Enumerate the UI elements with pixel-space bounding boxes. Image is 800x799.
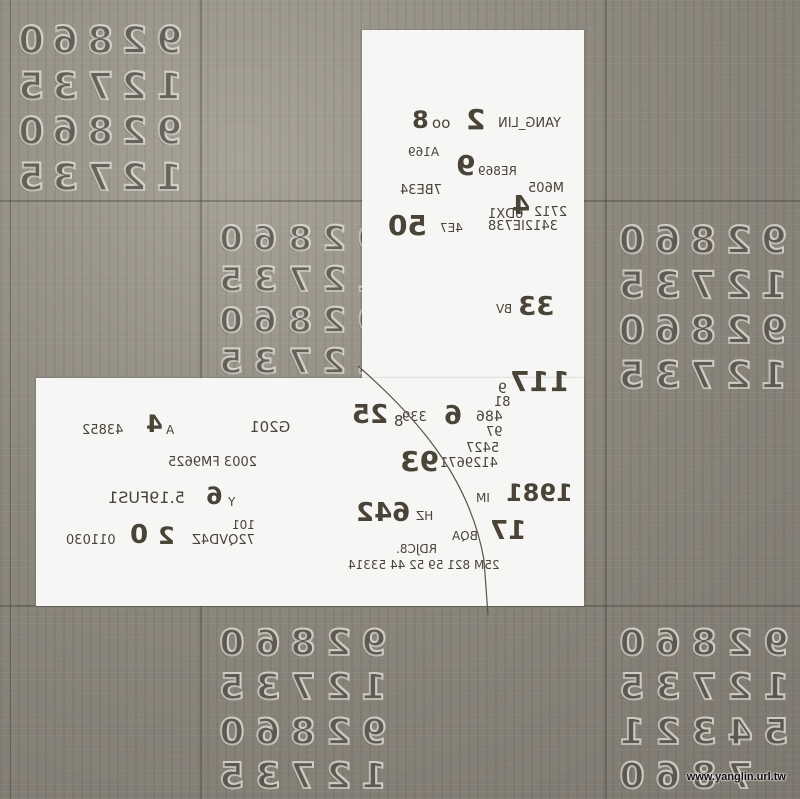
paper-text: 4 (146, 412, 163, 436)
paper-text: 5427 (466, 442, 499, 455)
stencil-digit: 8 (686, 622, 722, 666)
watermark: www.yanglin.url.tw (687, 771, 786, 783)
stencil-digit: 3 (48, 64, 82, 110)
stencil-digit: 7 (686, 666, 722, 710)
paper-text: IM (476, 492, 490, 504)
stencil-block-top-left: 06829537210682953721 (14, 18, 186, 200)
stencil-digit: 5 (614, 353, 650, 398)
stencil-digit: 8 (285, 711, 321, 755)
paper-text: 2712 (534, 206, 567, 219)
stencil-digit: 2 (721, 353, 757, 398)
paper-text: 011030 (66, 534, 116, 547)
stencil-digit: 7 (83, 155, 117, 201)
stencil-digit: 6 (650, 622, 686, 666)
stencil-digit: 6 (250, 711, 286, 755)
stencil-digit: 6 (650, 308, 686, 353)
stencil-digit: 0 (614, 622, 650, 666)
paper-text: 93 (400, 448, 439, 476)
stencil-digit: 1 (152, 64, 186, 110)
paper-text: RDJC8. (396, 543, 437, 555)
paper-text: 1 (550, 368, 569, 396)
stencil-digit: 1 (758, 666, 794, 710)
stencil-digit: 9 (152, 18, 186, 64)
stencil-digit: 7 (685, 263, 721, 308)
stencil-digit: 9 (152, 109, 186, 155)
stencil-digit: 9 (756, 218, 792, 263)
plate-seam (605, 0, 607, 799)
stencil-digit: 2 (317, 259, 351, 300)
paper-text: 72QVD4Z (192, 534, 255, 547)
paper-text: 33 (518, 294, 554, 320)
paper-text: M605 (528, 182, 564, 195)
stencil-digit: 5 (14, 64, 48, 110)
stencil-block-middle-right: 06829537210682953721 (614, 218, 792, 398)
stencil-digit: 3 (650, 353, 686, 398)
stencil-digit: 5 (758, 711, 794, 755)
stencil-digit: 3 (250, 666, 286, 710)
stencil-digit: 0 (214, 711, 250, 755)
stencil-digit: 9 (758, 622, 794, 666)
stencil-digit: 5 (614, 666, 650, 710)
stencil-digit: 2 (317, 218, 351, 259)
paper-text: 0 (130, 522, 148, 548)
stencil-digit: 6 (48, 18, 82, 64)
stencil-digit: 0 (614, 755, 650, 799)
stencil-digit: 0 (14, 109, 48, 155)
paper-text: Y (228, 496, 235, 508)
paper-text: 4E7 (440, 222, 463, 234)
paper-text: 486 (476, 410, 503, 424)
stencil-digit: 2 (321, 666, 357, 710)
paper-text: YANG_LIN (498, 117, 561, 130)
stencil-digit: 2 (721, 263, 757, 308)
paper-text: oo (432, 116, 450, 131)
stencil-digit: 7 (83, 64, 117, 110)
stencil-digit: 7 (285, 755, 321, 799)
stencil-digit: 2 (721, 218, 757, 263)
stencil-digit: 5 (14, 155, 48, 201)
stencil-digit: 0 (214, 218, 248, 259)
paper-text: HZ (416, 510, 433, 522)
stencil-digit: 3 (686, 711, 722, 755)
paper-text: 9 (456, 152, 475, 180)
stencil-digit: 3 (248, 259, 282, 300)
paper-text: 2003 FM9625 (168, 456, 257, 469)
stencil-digit: 8 (285, 622, 321, 666)
stencil-digit: 3 (650, 263, 686, 308)
paper-text: 97 (486, 426, 503, 439)
stencil-digit: 2 (722, 666, 758, 710)
stencil-digit: 1 (756, 263, 792, 308)
paper-text: 4129671 (440, 457, 498, 470)
paper-text: A (166, 424, 174, 436)
paper-text: 101 (232, 519, 255, 531)
paper-text: 8 (412, 108, 429, 132)
paper-text: 1981 (506, 481, 573, 505)
stencil-digit: 2 (721, 308, 757, 353)
paper-text: RE869 (478, 165, 517, 177)
stencil-digit: 2 (117, 155, 151, 201)
paper-text: 25 (352, 402, 388, 428)
stencil-block-middle-left: 06829537210682953721 (214, 218, 386, 382)
paper-text: 6 (206, 484, 223, 508)
stencil-digit: 1 (614, 711, 650, 755)
stencil-digit: 5 (214, 755, 250, 799)
stencil-digit: 7 (685, 353, 721, 398)
stencil-digit: 3 (248, 341, 282, 382)
stencil-digit: 1 (356, 755, 392, 799)
stencil-digit: 6 (48, 109, 82, 155)
paper-text: 81 (494, 396, 511, 409)
stencil-digit: 2 (321, 755, 357, 799)
stencil-digit: 2 (321, 622, 357, 666)
paper-text: 17 (490, 518, 526, 544)
paper-text: 17 (510, 368, 549, 396)
paper-text: A169 (408, 146, 439, 158)
stencil-digit: 8 (83, 18, 117, 64)
paper-text: 6 (444, 403, 462, 429)
stencil-digit: 9 (756, 308, 792, 353)
stencil-digit: 7 (285, 666, 321, 710)
stencil-digit: 6 (248, 218, 282, 259)
stencil-digit: 8 (83, 109, 117, 155)
paper-text: 43852 (82, 424, 123, 437)
stencil-digit: 9 (356, 711, 392, 755)
stencil-digit: 0 (214, 300, 248, 341)
paper-text: 2 (466, 106, 485, 134)
stencil-digit: 2 (321, 711, 357, 755)
stencil-digit: 5 (214, 666, 250, 710)
stencil-digit: 2 (117, 109, 151, 155)
stencil-digit: 5 (614, 263, 650, 308)
paper-text: 50 (388, 212, 427, 240)
stencil-digit: 3 (48, 155, 82, 201)
paper-text: G201 (250, 420, 290, 435)
paper-text: 642 (356, 500, 410, 526)
stencil-digit: 2 (117, 64, 151, 110)
stencil-digit: 2 (317, 300, 351, 341)
stencil-digit: 5 (214, 259, 248, 300)
stencil-digit: 2 (722, 622, 758, 666)
paper-text: 5.19FUS1 (108, 490, 185, 506)
stencil-digit: 5 (214, 341, 248, 382)
artwork-canvas: 06829537210682953721 0682953721068295372… (0, 0, 800, 799)
stencil-digit: 7 (283, 341, 317, 382)
stencil-digit: 4 (722, 711, 758, 755)
stencil-digit: 0 (614, 308, 650, 353)
paper-text: BQA (452, 530, 478, 542)
stencil-digit: 8 (283, 218, 317, 259)
paper-text: 9 (498, 382, 507, 396)
stencil-digit: 0 (14, 18, 48, 64)
stencil-digit: 2 (117, 18, 151, 64)
stencil-digit: 0 (214, 622, 250, 666)
stencil-digit: 6 (650, 218, 686, 263)
stencil-digit: 2 (317, 341, 351, 382)
stencil-digit: 8 (283, 300, 317, 341)
stencil-digit: 3 (650, 666, 686, 710)
paper-text: 339 (402, 411, 427, 424)
paper-text: 25M 821 59 52 44 53314 (348, 559, 500, 571)
stencil-digit: 8 (685, 218, 721, 263)
stencil-digit: 1 (756, 353, 792, 398)
stencil-digit: 6 (650, 755, 686, 799)
stencil-digit: 2 (650, 711, 686, 755)
paper-text: BV (496, 303, 512, 315)
stencil-digit: 3 (250, 755, 286, 799)
stencil-digit: 8 (685, 308, 721, 353)
stencil-digit: 7 (283, 259, 317, 300)
stencil-digit: 6 (248, 300, 282, 341)
stencil-digit: 0 (614, 218, 650, 263)
paper-text: 3412IE738 (488, 220, 558, 233)
stencil-digit: 9 (356, 622, 392, 666)
stencil-digit: 6 (250, 622, 286, 666)
paper-text: 7BE34 (400, 184, 442, 197)
paper-text: 2 (158, 524, 175, 548)
plate-seam (10, 0, 11, 799)
stencil-block-bottom-left: 06829537210682953721 (214, 622, 392, 799)
stencil-digit: 1 (152, 155, 186, 201)
stencil-digit: 1 (356, 666, 392, 710)
